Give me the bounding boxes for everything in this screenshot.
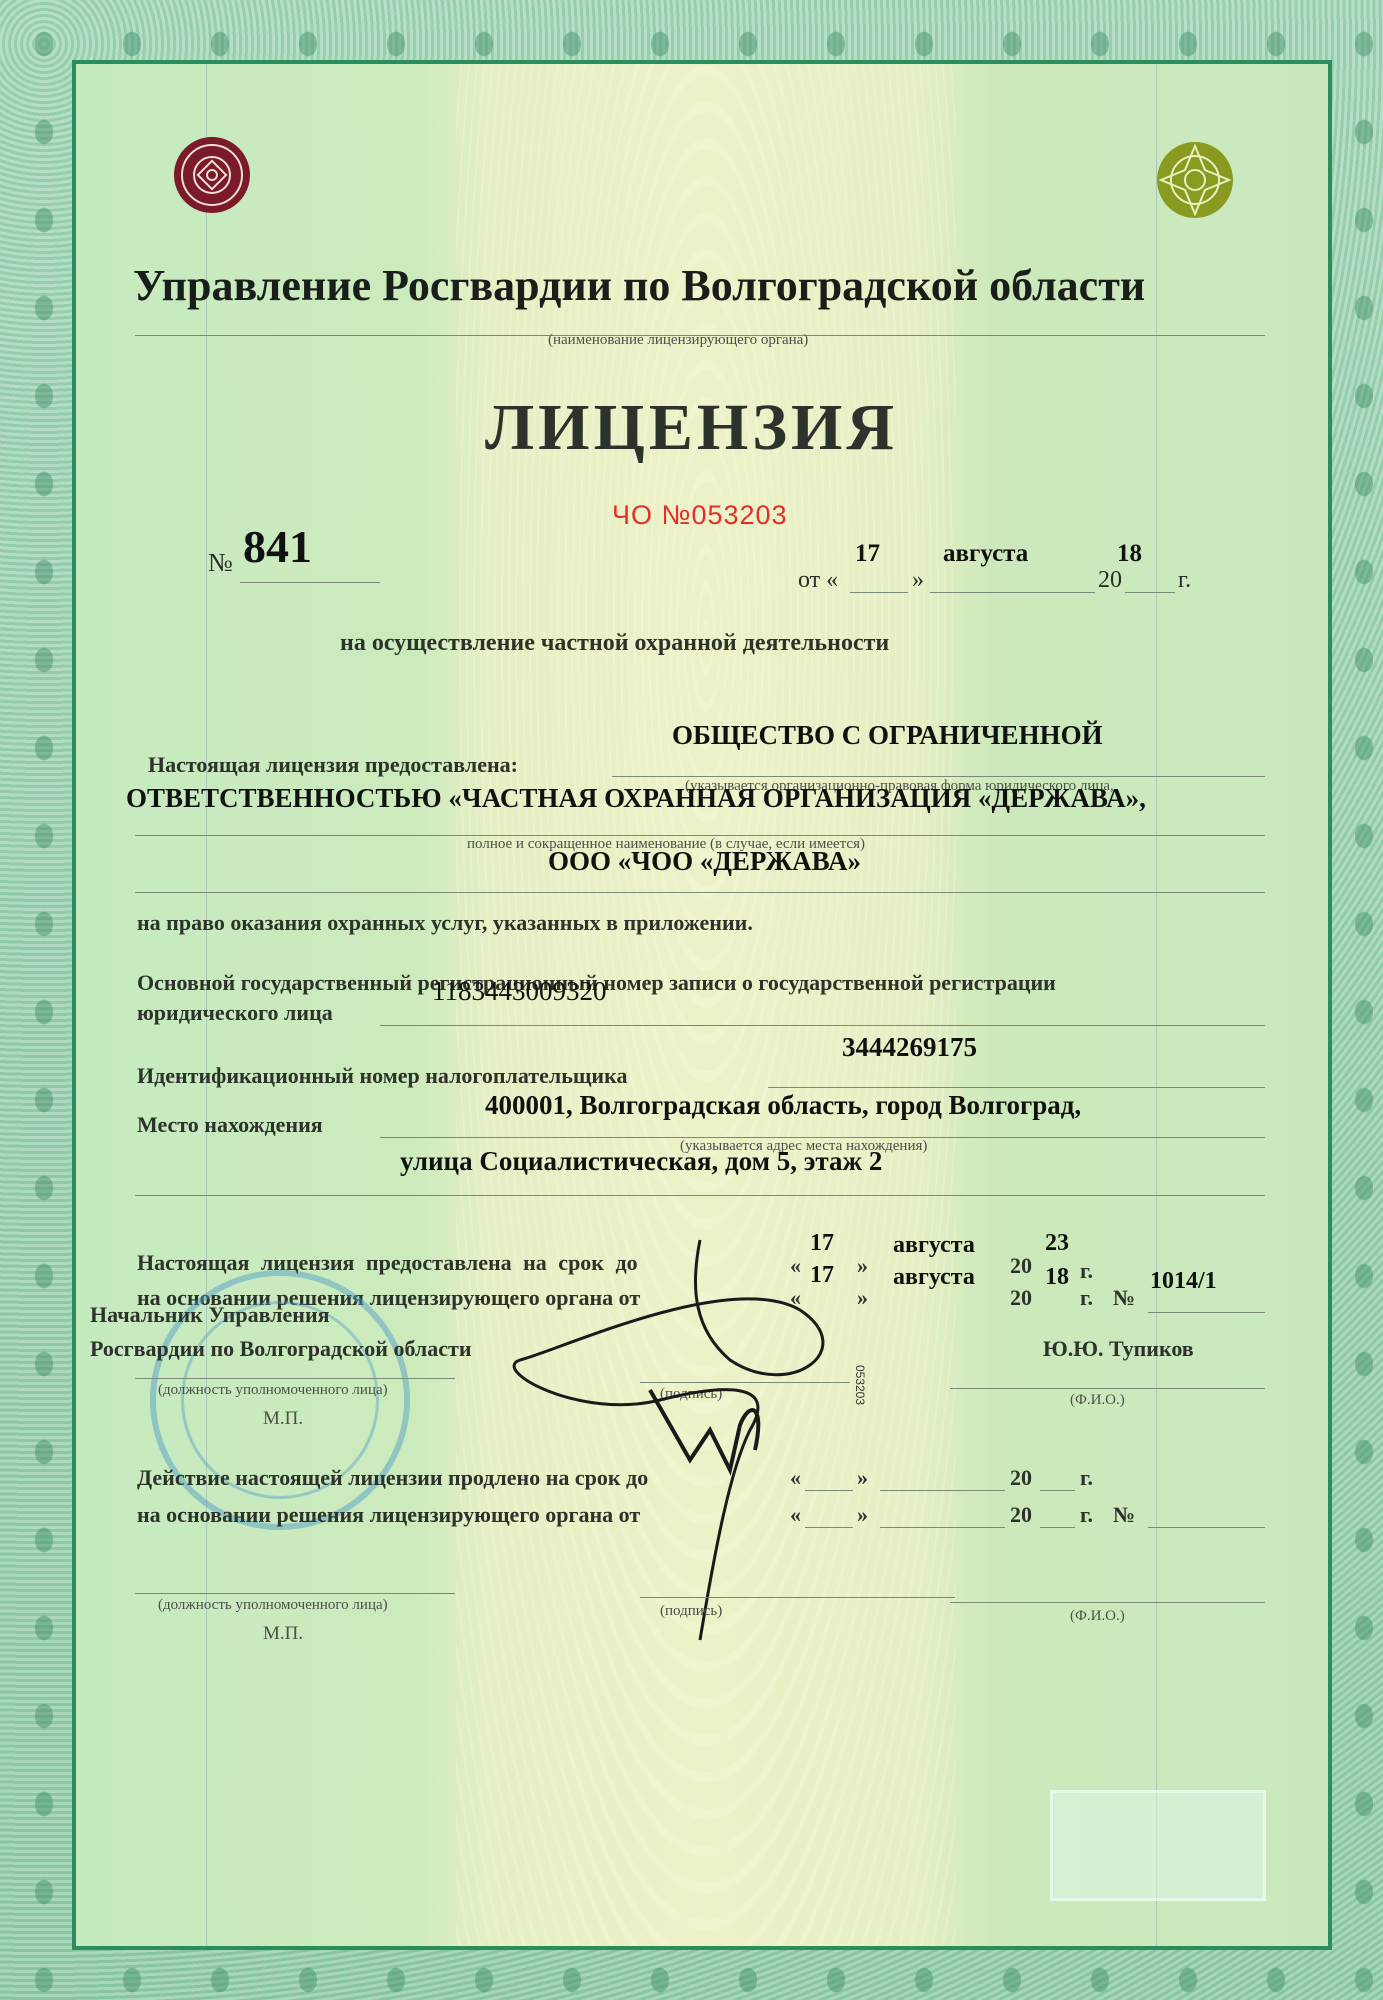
number-label: № [1113,1285,1135,1311]
underline [1040,1490,1075,1491]
inn-label: Идентификационный номер налогоплательщик… [137,1063,627,1089]
org-name-short: ООО «ЧОО «ДЕРЖАВА» [548,846,861,877]
extension-seal-caption: М.П. [263,1623,303,1645]
number-label: № [1113,1502,1135,1528]
extension-century: 20 [1010,1465,1032,1491]
underline [880,1490,1005,1491]
year-suffix: г. [1080,1285,1093,1311]
issuing-body-caption: (наименование лицензирующего органа) [548,332,808,349]
year-suffix: г. [1080,1502,1093,1528]
quote-close: » [912,567,924,594]
hologram-patch [1050,1790,1266,1901]
underline [1148,1527,1265,1528]
document-title: ЛИЦЕНЗИЯ [485,390,898,466]
term-century: 20 [1010,1253,1032,1279]
number-label: № [208,548,233,578]
ogrn-value: 1183443009320 [432,976,607,1007]
underline [640,1597,955,1598]
guide-line [1156,64,1157,1946]
underline [135,1593,455,1594]
seal-caption: М.П. [263,1408,303,1430]
org-name-line2: ОТВЕТСТВЕННОСТЬЮ «ЧАСТНАЯ ОХРАННАЯ ОРГАН… [126,783,1146,814]
extension-label: Действие настоящей лицензии продлено на … [137,1465,648,1491]
underline [1148,1312,1265,1313]
underline [805,1490,853,1491]
ogrn-label-2: юридического лица [137,1000,333,1026]
position-caption: (должность уполномоченного лица) [158,1382,388,1399]
number-underline [240,582,380,583]
license-number: 841 [243,520,312,573]
decision-number: 1014/1 [1150,1268,1217,1295]
signatory-position-1: Начальник Управления [90,1302,330,1328]
extension-decision-label: на основании решения лицензирующего орга… [137,1502,640,1528]
underline [135,1378,455,1379]
underline [612,776,1265,777]
quote-open: « [790,1502,801,1528]
extension-position-caption: (должность уполномоченного лица) [158,1597,388,1614]
blank-serial: ЧО №053203 [612,500,788,531]
year-suffix: г. [1080,1465,1093,1491]
signature [500,1230,860,1650]
decision-month: августа [893,1264,975,1291]
address-line2: улица Социалистическая, дом 5, этаж 2 [400,1146,882,1177]
underline [805,1527,853,1528]
underline [135,1195,1265,1196]
underline [850,592,908,593]
issue-month: августа [943,540,1028,568]
extension-century: 20 [1010,1502,1032,1528]
issue-date-prefix: от « [798,567,838,594]
underline [950,1602,1265,1603]
underline [1040,1527,1075,1528]
issue-year: 18 [1117,540,1142,568]
extension-signature-caption: (подпись) [660,1603,722,1620]
term-month: августа [893,1232,975,1259]
address-label: Место нахождения [137,1112,323,1138]
issue-century: 20 [1098,567,1122,594]
inn-value: 3444269175 [842,1032,977,1063]
underline [930,592,1095,593]
license-purpose: на осуществление частной охранной деятел… [340,630,889,657]
quote-open: « [790,1465,801,1491]
scope-text: на право оказания охранных услуг, указан… [137,910,753,936]
rosette-emblem-left-icon [172,135,252,215]
org-name-line1: ОБЩЕСТВО С ОГРАНИЧЕННОЙ [672,720,1103,751]
underline [950,1388,1265,1389]
underline [768,1087,1265,1088]
underline [380,1025,1265,1026]
rosette-emblem-right-icon [1155,140,1235,220]
issuing-body: Управление Росгвардии по Волгоградской о… [133,260,1145,311]
quote-close: » [857,1502,868,1528]
quote-close: » [857,1465,868,1491]
signatory-name: Ю.Ю. Тупиков [1043,1336,1194,1362]
term-year: 23 [1045,1230,1069,1257]
underline [1125,592,1175,593]
issue-day: 17 [855,540,880,568]
decision-year: 18 [1045,1264,1069,1291]
year-suffix: г. [1080,1258,1093,1284]
underline [135,892,1265,893]
underline [880,1527,1005,1528]
name-caption: (Ф.И.О.) [1070,1392,1125,1409]
extension-name-caption: (Ф.И.О.) [1070,1608,1125,1625]
granted-to-label: Настоящая лицензия предоставлена: [148,752,518,778]
decision-century: 20 [1010,1285,1032,1311]
address-line1: 400001, Волгоградская область, город Вол… [485,1090,1081,1121]
year-suffix: г. [1178,567,1191,594]
signatory-position-2: Росгвардии по Волгоградской области [90,1336,472,1362]
